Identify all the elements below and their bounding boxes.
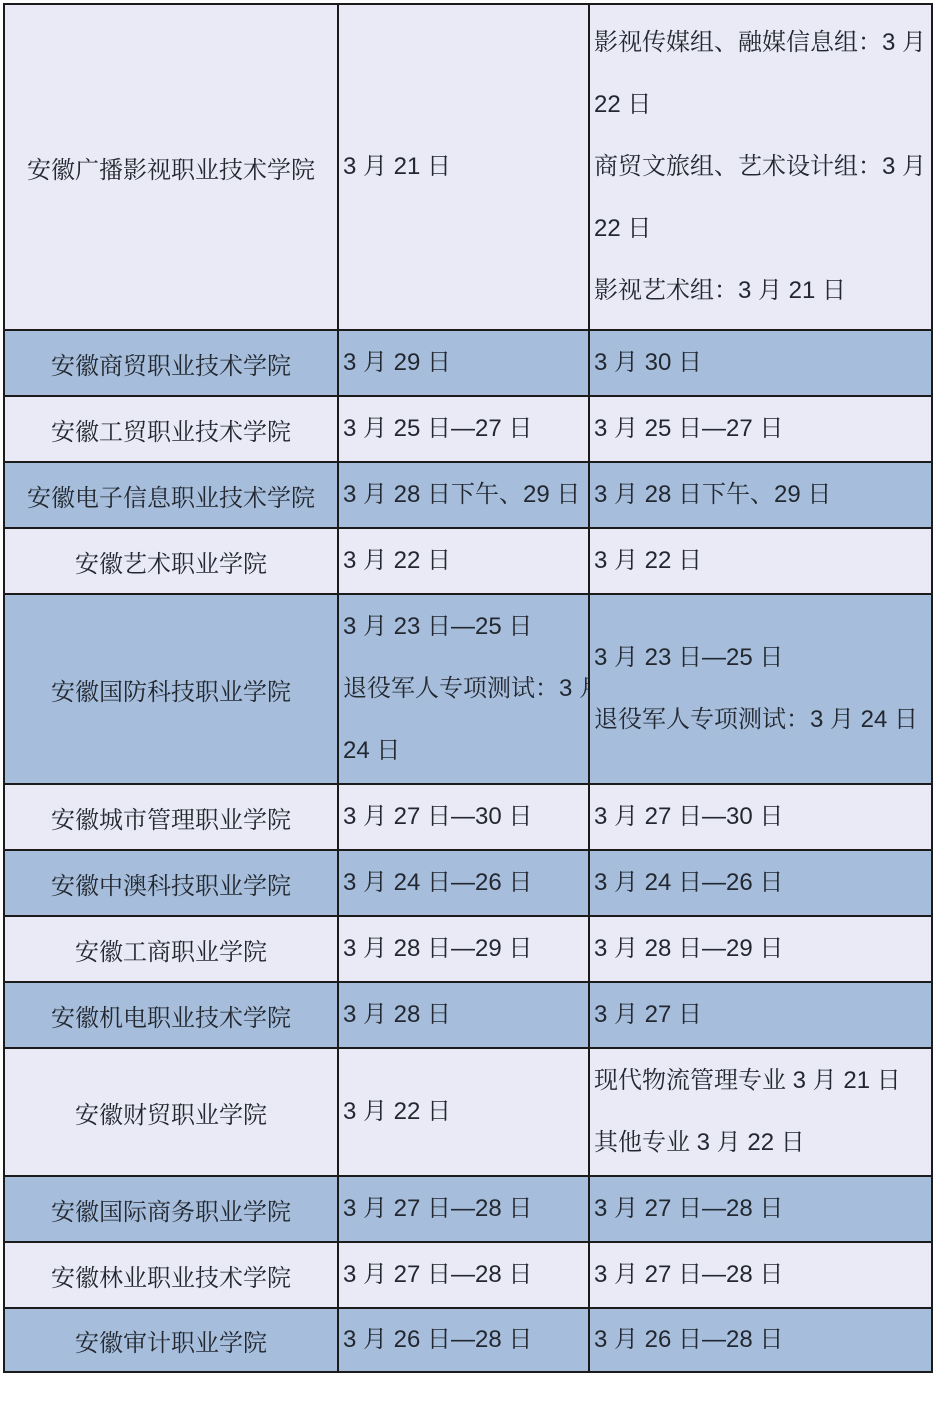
date-cell: 3 月 28 日下午、29 日	[589, 462, 932, 528]
cell-line: 24 日	[343, 720, 586, 782]
cell-line: 3 月 27 日—30 日	[594, 786, 929, 848]
cell-line: 商贸文旅组、艺术设计组：3 月	[594, 136, 929, 198]
cell-line: 3 月 30 日	[594, 332, 929, 394]
date-cell: 3 月 24 日—26 日	[338, 850, 589, 916]
cell-line: 3 月 28 日下午、29 日	[343, 464, 586, 526]
date-cell: 3 月 22 日	[338, 528, 589, 594]
table-row: 安徽财贸职业学院 3 月 22 日 现代物流管理专业 3 月 21 日其他专业 …	[4, 1048, 932, 1176]
date-cell: 3 月 30 日	[589, 330, 932, 396]
cell-line: 3 月 28 日下午、29 日	[594, 464, 929, 526]
cell-line: 22 日	[594, 198, 929, 260]
cell-line: 3 月 27 日—28 日	[594, 1244, 929, 1306]
cell-line: 3 月 27 日—28 日	[594, 1178, 929, 1240]
college-cell: 安徽商贸职业技术学院	[4, 330, 338, 396]
cell-line: 3 月 25 日—27 日	[343, 398, 586, 460]
cell-line: 影视传媒组、融媒信息组：3 月	[594, 12, 929, 74]
cell-line: 现代物流管理专业 3 月 21 日	[594, 1050, 929, 1112]
date-cell: 3 月 21 日	[338, 4, 589, 330]
college-cell: 安徽广播影视职业技术学院	[4, 4, 338, 330]
table-row: 安徽电子信息职业技术学院 3 月 28 日下午、29 日 3 月 28 日下午、…	[4, 462, 932, 528]
table-row: 安徽国防科技职业学院 3 月 23 日—25 日退役军人专项测试：3 月24 日…	[4, 594, 932, 784]
date-cell: 3 月 28 日下午、29 日	[338, 462, 589, 528]
date-cell: 3 月 24 日—26 日	[589, 850, 932, 916]
cell-line: 3 月 26 日—28 日	[343, 1309, 586, 1371]
date-cell: 3 月 27 日—30 日	[338, 784, 589, 850]
cell-line: 退役军人专项测试：3 月	[343, 658, 586, 720]
cell-line: 3 月 27 日—28 日	[343, 1178, 586, 1240]
table-row: 安徽机电职业技术学院 3 月 28 日 3 月 27 日	[4, 982, 932, 1048]
date-cell: 3 月 26 日—28 日	[338, 1308, 589, 1372]
college-cell: 安徽林业职业技术学院	[4, 1242, 338, 1308]
date-cell: 3 月 29 日	[338, 330, 589, 396]
college-cell: 安徽国防科技职业学院	[4, 594, 338, 784]
college-cell: 安徽城市管理职业学院	[4, 784, 338, 850]
college-cell: 安徽机电职业技术学院	[4, 982, 338, 1048]
date-cell: 3 月 22 日	[589, 528, 932, 594]
college-cell: 安徽工贸职业技术学院	[4, 396, 338, 462]
date-cell: 3 月 25 日—27 日	[589, 396, 932, 462]
table-row: 安徽林业职业技术学院 3 月 27 日—28 日 3 月 27 日—28 日	[4, 1242, 932, 1308]
table-row: 安徽国际商务职业学院 3 月 27 日—28 日 3 月 27 日—28 日	[4, 1176, 932, 1242]
date-cell: 3 月 23 日—25 日退役军人专项测试：3 月24 日	[338, 594, 589, 784]
cell-line: 影视艺术组：3 月 21 日	[594, 260, 929, 322]
cell-line: 3 月 26 日—28 日	[594, 1309, 929, 1371]
cell-line: 3 月 23 日—25 日	[343, 596, 586, 658]
date-cell: 3 月 28 日	[338, 982, 589, 1048]
cell-line: 3 月 25 日—27 日	[594, 398, 929, 460]
cell-line: 3 月 27 日—30 日	[343, 786, 586, 848]
date-cell: 影视传媒组、融媒信息组：3 月22 日商贸文旅组、艺术设计组：3 月22 日影视…	[589, 4, 932, 330]
table-row: 安徽广播影视职业技术学院 3 月 21 日 影视传媒组、融媒信息组：3 月22 …	[4, 4, 932, 330]
table-row: 安徽审计职业学院 3 月 26 日—28 日 3 月 26 日—28 日	[4, 1308, 932, 1372]
date-cell: 3 月 22 日	[338, 1048, 589, 1176]
college-cell: 安徽工商职业学院	[4, 916, 338, 982]
cell-line: 3 月 27 日	[594, 984, 929, 1046]
cell-line: 3 月 28 日—29 日	[343, 918, 586, 980]
table-row: 安徽艺术职业学院 3 月 22 日 3 月 22 日	[4, 528, 932, 594]
cell-line: 3 月 24 日—26 日	[343, 852, 586, 914]
cell-line: 3 月 23 日—25 日	[594, 627, 929, 689]
date-cell: 现代物流管理专业 3 月 21 日其他专业 3 月 22 日	[589, 1048, 932, 1176]
date-cell: 3 月 28 日—29 日	[589, 916, 932, 982]
college-cell: 安徽国际商务职业学院	[4, 1176, 338, 1242]
cell-line: 22 日	[594, 74, 929, 136]
date-cell: 3 月 27 日	[589, 982, 932, 1048]
cell-line: 3 月 24 日—26 日	[594, 852, 929, 914]
table-row: 安徽工商职业学院 3 月 28 日—29 日 3 月 28 日—29 日	[4, 916, 932, 982]
cell-line: 3 月 22 日	[343, 530, 586, 592]
cell-line: 3 月 29 日	[343, 332, 586, 394]
date-cell: 3 月 26 日—28 日	[589, 1308, 932, 1372]
cell-line: 3 月 21 日	[343, 136, 586, 198]
college-cell: 安徽财贸职业学院	[4, 1048, 338, 1176]
date-cell: 3 月 27 日—30 日	[589, 784, 932, 850]
date-cell: 3 月 27 日—28 日	[338, 1176, 589, 1242]
cell-line: 其他专业 3 月 22 日	[594, 1112, 929, 1174]
cell-line: 3 月 22 日	[594, 530, 929, 592]
college-cell: 安徽审计职业学院	[4, 1308, 338, 1372]
cell-line: 3 月 28 日	[343, 984, 586, 1046]
cell-line: 退役军人专项测试：3 月 24 日	[594, 689, 929, 751]
table-row: 安徽商贸职业技术学院 3 月 29 日 3 月 30 日	[4, 330, 932, 396]
date-cell: 3 月 27 日—28 日	[589, 1176, 932, 1242]
cell-line: 3 月 28 日—29 日	[594, 918, 929, 980]
date-cell: 3 月 27 日—28 日	[338, 1242, 589, 1308]
table-row: 安徽城市管理职业学院 3 月 27 日—30 日 3 月 27 日—30 日	[4, 784, 932, 850]
cell-line: 3 月 22 日	[343, 1081, 586, 1143]
table-row: 安徽工贸职业技术学院 3 月 25 日—27 日 3 月 25 日—27 日	[4, 396, 932, 462]
date-cell: 3 月 27 日—28 日	[589, 1242, 932, 1308]
college-cell: 安徽电子信息职业技术学院	[4, 462, 338, 528]
date-cell: 3 月 28 日—29 日	[338, 916, 589, 982]
date-cell: 3 月 25 日—27 日	[338, 396, 589, 462]
cell-line: 3 月 27 日—28 日	[343, 1244, 586, 1306]
date-cell: 3 月 23 日—25 日退役军人专项测试：3 月 24 日	[589, 594, 932, 784]
exam-schedule-table: 安徽广播影视职业技术学院 3 月 21 日 影视传媒组、融媒信息组：3 月22 …	[3, 3, 933, 1373]
college-cell: 安徽中澳科技职业学院	[4, 850, 338, 916]
college-cell: 安徽艺术职业学院	[4, 528, 338, 594]
table-row: 安徽中澳科技职业学院 3 月 24 日—26 日 3 月 24 日—26 日	[4, 850, 932, 916]
